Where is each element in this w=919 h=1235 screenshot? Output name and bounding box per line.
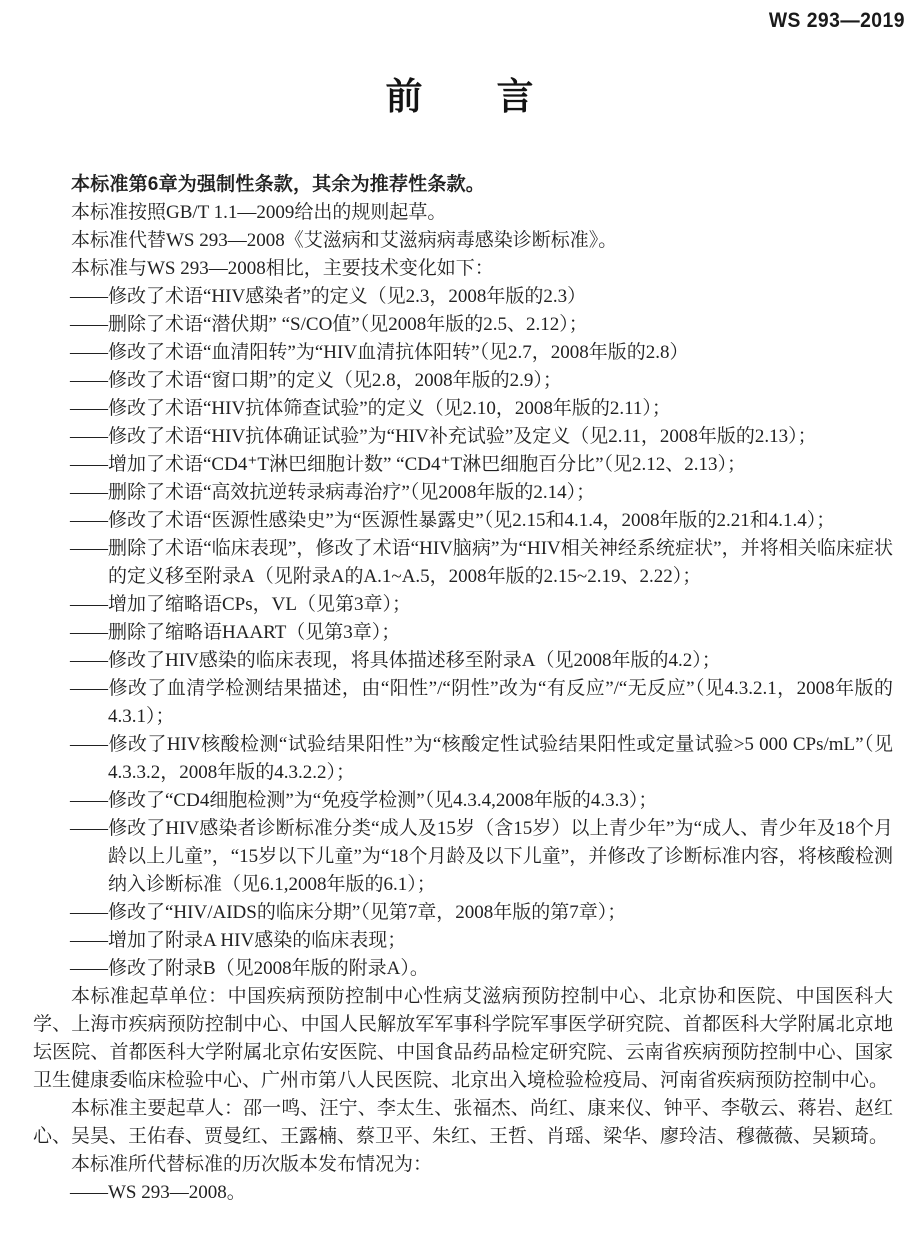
change-item-20: ——修改了附录B（见2008年版的附录A）。 (33, 955, 893, 983)
change-item-2: ——删除了术语“潜伏期” “S/CO值”（见2008年版的2.5、2.12）； (33, 311, 893, 339)
change-item-17: ——修改了HIV感染者诊断标准分类“成人及15岁（含15岁）以上青少年”为“成人… (33, 815, 893, 899)
change-item-15: ——修改了HIV核酸检测“试验结果阳性”为“核酸定性试验结果阳性或定量试验>5 … (33, 731, 893, 787)
para-drafting-organizations: 本标准起草单位：中国疾病预防控制中心性病艾滋病预防控制中心、北京协和医院、中国医… (33, 983, 893, 1095)
standard-number-header: WS 293—2019 (769, 9, 905, 33)
document-body: 本标准第6章为强制性条款，其余为推荐性条款。 本标准按照GB/T 1.1—200… (33, 171, 893, 1207)
change-item-11: ——增加了缩略语CPs，VL（见第3章）； (33, 591, 893, 619)
para-drafting-rules: 本标准按照GB/T 1.1—2009给出的规则起草。 (33, 199, 893, 227)
change-item-9: ——修改了术语“医源性感染史”为“医源性暴露史”（见2.15和4.1.4，200… (33, 507, 893, 535)
change-item-3: ——修改了术语“血清阳转”为“HIV血清抗体阳转”（见2.7，2008年版的2.… (33, 339, 893, 367)
change-item-10: ——删除了术语“临床表现”，修改了术语“HIV脑病”为“HIV相关神经系统症状”… (33, 535, 893, 591)
para-previous-versions-intro: 本标准所代替标准的历次版本发布情况为： (33, 1151, 893, 1179)
para-replaced-standard: 本标准代替WS 293—2008《艾滋病和艾滋病病毒感染诊断标准》。 (33, 227, 893, 255)
para-mandatory-clauses: 本标准第6章为强制性条款，其余为推荐性条款。 (33, 171, 893, 199)
change-item-12: ——删除了缩略语HAART（见第3章）； (33, 619, 893, 647)
previous-version-item: ——WS 293—2008。 (33, 1179, 893, 1207)
change-item-5: ——修改了术语“HIV抗体筛查试验”的定义（见2.10，2008年版的2.11）… (33, 395, 893, 423)
document-page: WS 293—2019 前 言 本标准第6章为强制性条款，其余为推荐性条款。 本… (0, 0, 919, 1235)
change-item-7: ——增加了术语“CD4⁺T淋巴细胞计数” “CD4⁺T淋巴细胞百分比”（见2.1… (33, 451, 893, 479)
change-item-14: ——修改了血清学检测结果描述，由“阳性”/“阴性”改为“有反应”/“无反应”（见… (33, 675, 893, 731)
change-item-13: ——修改了HIV感染的临床表现，将具体描述移至附录A（见2008年版的4.2）； (33, 647, 893, 675)
change-item-6: ——修改了术语“HIV抗体确证试验”为“HIV补充试验”及定义（见2.11，20… (33, 423, 893, 451)
change-item-4: ——修改了术语“窗口期”的定义（见2.8，2008年版的2.9）； (33, 367, 893, 395)
change-item-16: ——修改了“CD4细胞检测”为“免疫学检测”（见4.3.4,2008年版的4.3… (33, 787, 893, 815)
para-changes-intro: 本标准与WS 293—2008相比，主要技术变化如下： (33, 255, 893, 283)
change-item-19: ——增加了附录A HIV感染的临床表现； (33, 927, 893, 955)
page-title: 前 言 (0, 66, 919, 120)
change-item-1: ——修改了术语“HIV感染者”的定义（见2.3，2008年版的2.3） (33, 283, 893, 311)
para-main-drafters: 本标准主要起草人：邵一鸣、汪宁、李太生、张福杰、尚红、康来仪、钟平、李敬云、蒋岩… (33, 1095, 893, 1151)
change-item-18: ——修改了“HIV/AIDS的临床分期”（见第7章，2008年版的第7章）； (33, 899, 893, 927)
change-item-8: ——删除了术语“高效抗逆转录病毒治疗”（见2008年版的2.14）； (33, 479, 893, 507)
